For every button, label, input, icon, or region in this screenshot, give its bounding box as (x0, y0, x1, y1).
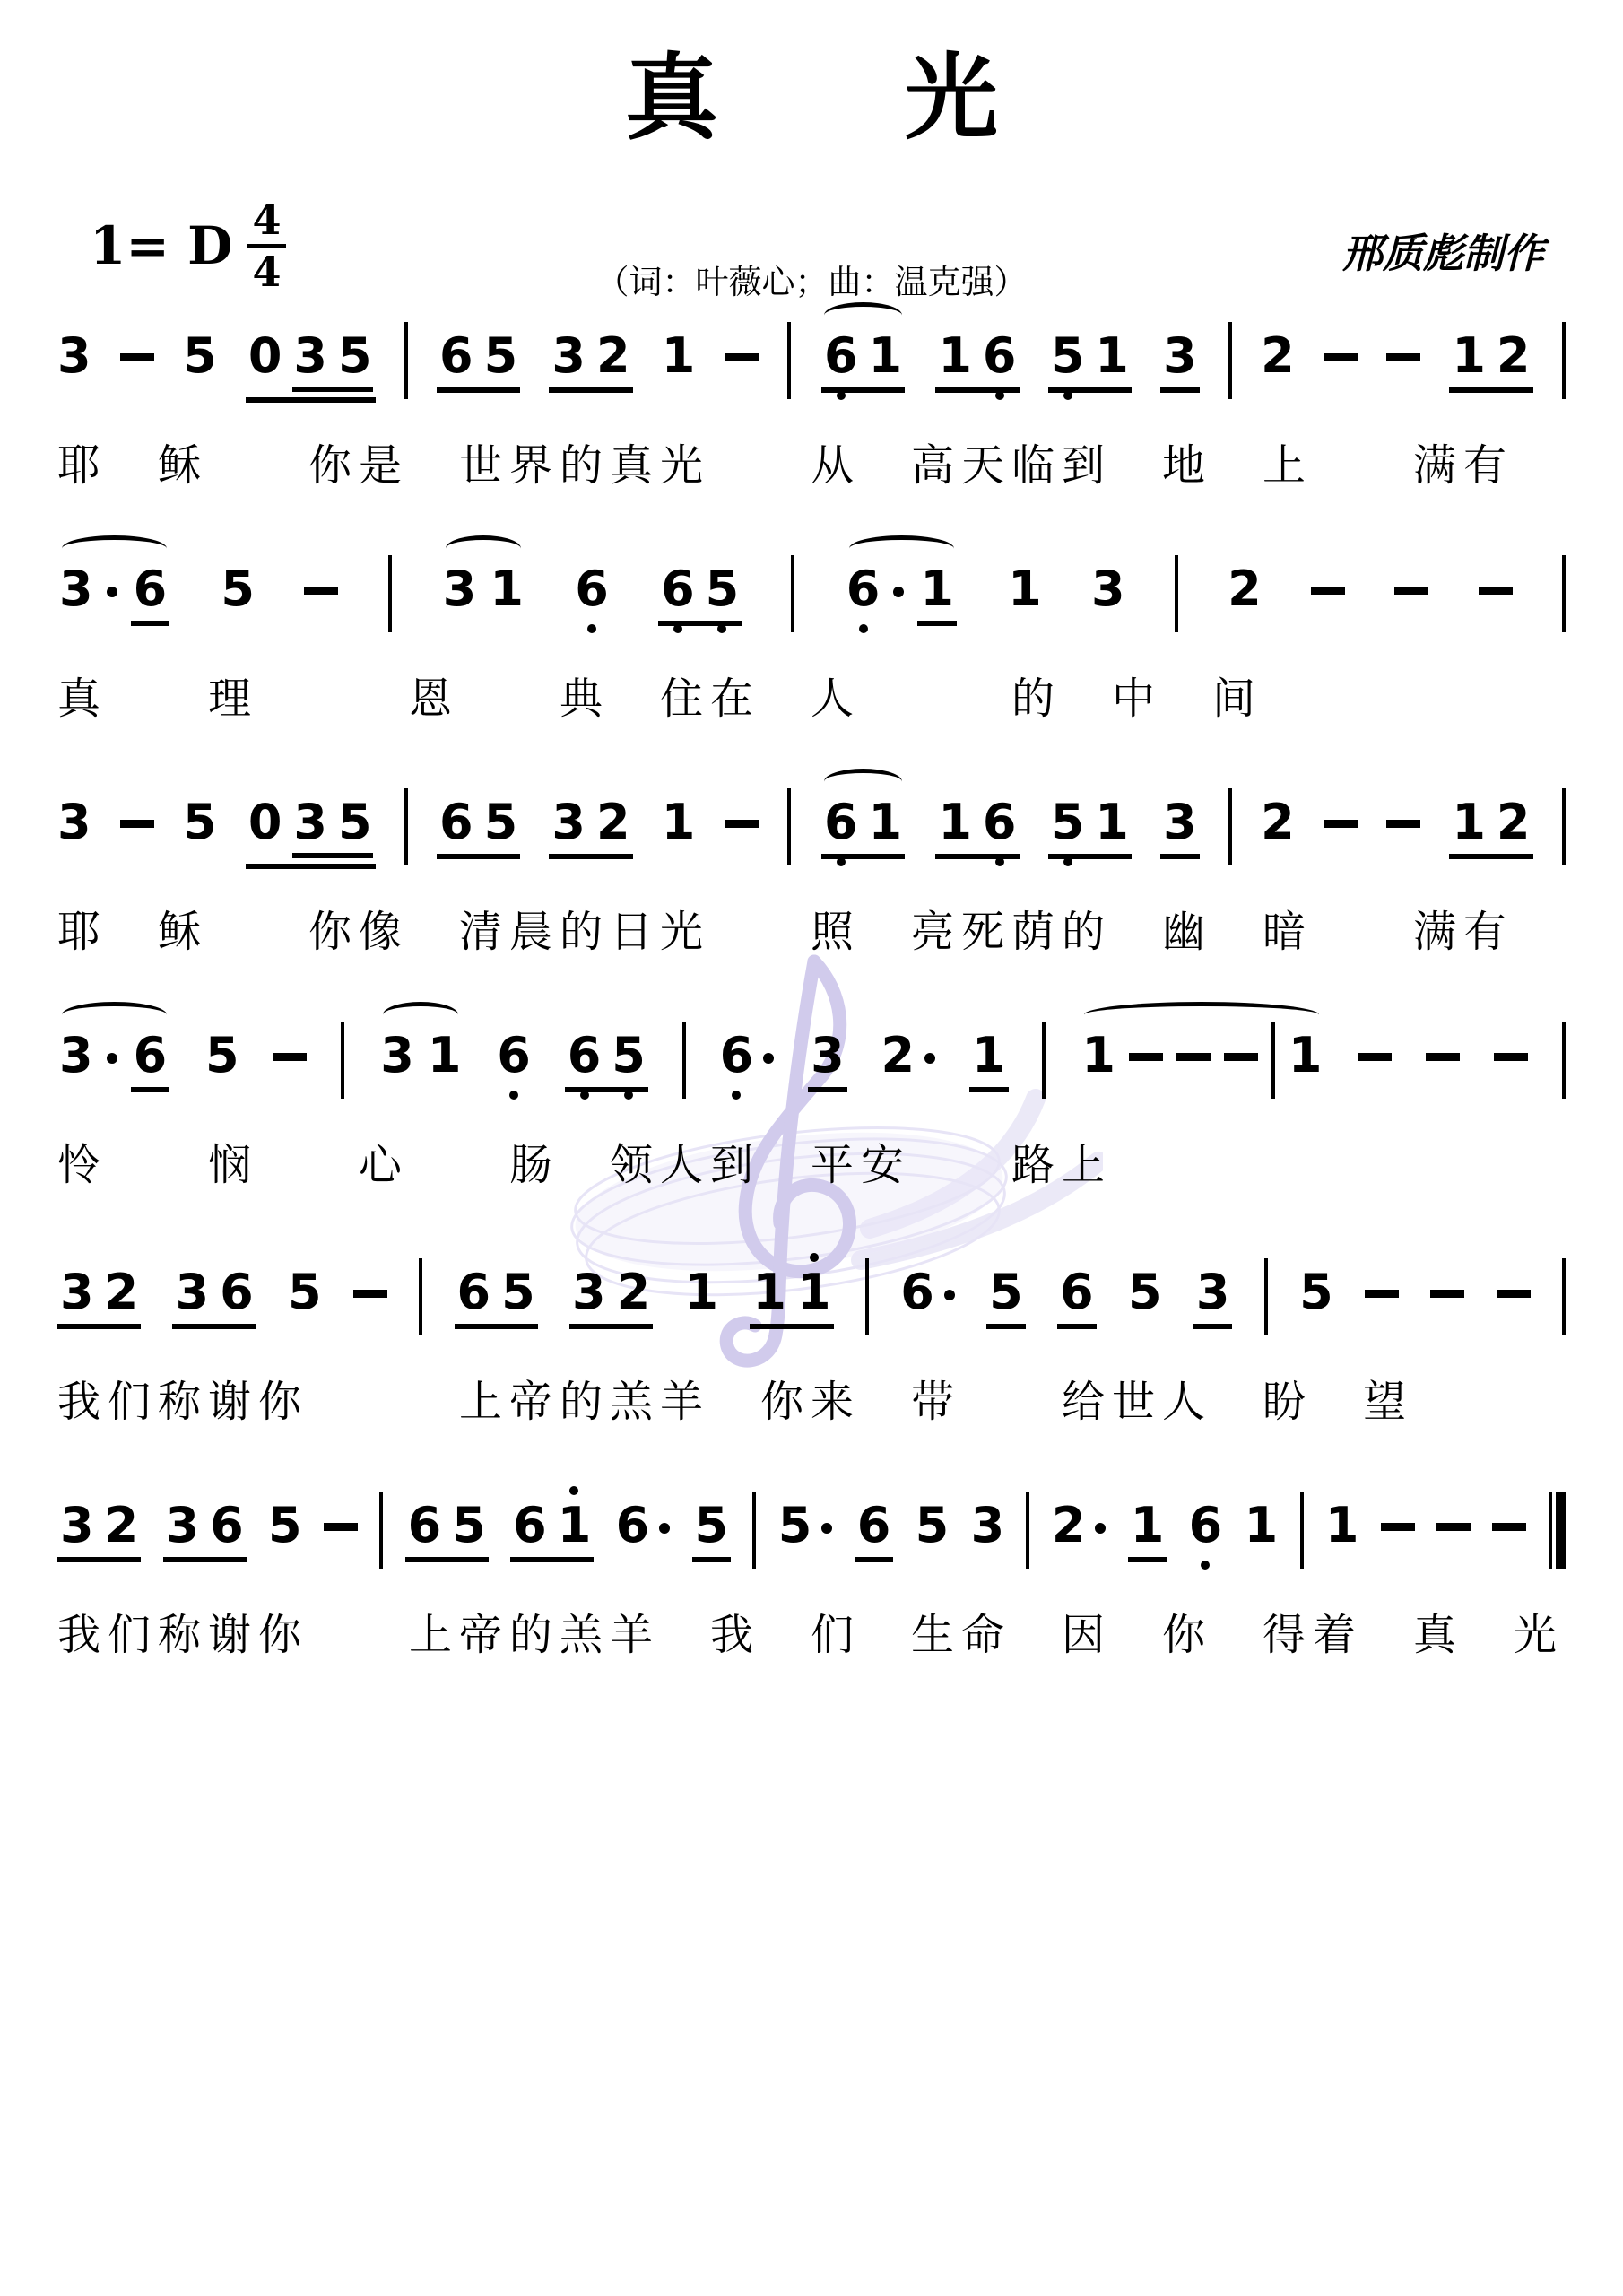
octave-dot-high (569, 1486, 578, 1495)
note: 6 (1189, 1500, 1223, 1552)
beam-group: 3 (1160, 330, 1200, 393)
note: 6 (220, 1266, 254, 1318)
beam-group: 3 (1193, 1266, 1233, 1329)
note: 1 (752, 1266, 786, 1318)
beam-group: 65 (405, 1500, 489, 1562)
barline (752, 1492, 756, 1569)
note: 1 (662, 330, 696, 382)
note: 3 (443, 563, 477, 615)
note: 6 (983, 330, 1017, 382)
note: 6 (134, 563, 168, 615)
dash (1436, 1523, 1471, 1531)
note: 6 (824, 330, 858, 382)
note: 2 (881, 1030, 916, 1082)
barline (1264, 1258, 1268, 1335)
note: 3 (293, 330, 327, 382)
note: 2 (1261, 330, 1295, 382)
duration-dot (893, 587, 904, 597)
note: 3 (60, 1266, 94, 1318)
beam-group: 6 (1057, 1266, 1097, 1329)
note: 6 (497, 1030, 531, 1082)
producer-credit: 邢质彪制作 (1342, 221, 1544, 279)
note: 5 (1299, 1266, 1333, 1318)
note: 6 (720, 1030, 754, 1082)
beam-group: 65 (437, 796, 520, 859)
note: 6 (616, 1500, 650, 1552)
note: 5 (484, 330, 518, 382)
octave-dot-low (1063, 857, 1072, 866)
note: 3 (551, 330, 586, 382)
note-group: 5 (778, 1500, 833, 1552)
dash (1426, 1053, 1460, 1061)
lyrics-row: 真 理 恩 典 住在 人 的 中 间 (57, 664, 1263, 726)
note: 5 (452, 1500, 486, 1552)
note: 5 (916, 1500, 950, 1552)
note: 2 (1497, 330, 1531, 382)
barline (787, 322, 791, 399)
dash (1311, 587, 1345, 595)
beam-group: 035 (246, 330, 376, 403)
lyrics-row: 耶 稣 你是 世界的真光 从 高天临到 地 上 满有 (57, 430, 1514, 492)
dash (1479, 587, 1513, 595)
notation-row: 3653166561132 (57, 563, 1566, 632)
octave-dot-low (509, 1091, 518, 1100)
octave-dot-low (673, 624, 682, 633)
beam-group: 3 (808, 1030, 847, 1092)
slur-group: 61 (820, 796, 907, 859)
note: 5 (484, 796, 518, 848)
song-title: 真 光 (0, 47, 1623, 149)
duration-dot (763, 1053, 774, 1064)
beam-group: 6 (131, 563, 170, 626)
barline (1562, 788, 1566, 865)
note: 1 (972, 1030, 1006, 1082)
note: 3 (60, 1500, 94, 1552)
duration-dot (1095, 1523, 1106, 1534)
slur-group: 61 (845, 563, 959, 626)
dash (1324, 820, 1358, 828)
barline (1300, 1492, 1304, 1569)
barline (1228, 322, 1232, 399)
music-line-5: 323656532111656535我们称谢你 上帝的羔羊 你来 带 给世人 盼… (57, 1266, 1566, 1335)
beam-group: 61 (510, 1500, 594, 1562)
lyrics-row: 我们称谢你 上帝的羔羊 我 们 生命 因 你 得着 真 光 (57, 1600, 1564, 1662)
note: 2 (1497, 796, 1531, 848)
note-group: 2 (1052, 1500, 1107, 1552)
note: 6 (439, 330, 473, 382)
note: 5 (989, 1266, 1023, 1318)
note: 3 (811, 1030, 845, 1082)
note: 6 (210, 1500, 244, 1552)
dash (1358, 1053, 1392, 1061)
barline (379, 1492, 383, 1569)
note: 3 (59, 563, 93, 615)
note-group: 6 (900, 1266, 955, 1318)
beam-group: 61 (821, 330, 905, 393)
note: 3 (1163, 330, 1197, 382)
note: 6 (513, 1500, 547, 1552)
slur-group: 31 (378, 1030, 463, 1082)
note: 1 (869, 330, 903, 382)
barline (1562, 322, 1566, 399)
beam-group: 65 (437, 330, 520, 393)
note-group: 2 (881, 1030, 936, 1082)
note: 6 (568, 1030, 602, 1082)
note: 5 (183, 796, 217, 848)
note: 2 (105, 1266, 139, 1318)
dash (120, 820, 154, 828)
octave-dot-high (810, 1253, 819, 1262)
note: 6 (408, 1500, 442, 1552)
note: 1 (1095, 796, 1129, 848)
note: 1 (1131, 1500, 1165, 1552)
note: 5 (706, 563, 740, 615)
dash (353, 1290, 387, 1298)
note: 5 (205, 1030, 239, 1082)
dash (1365, 1290, 1399, 1298)
octave-dot-low (837, 391, 846, 400)
beam-group: 5 (692, 1500, 732, 1562)
note: 2 (1052, 1500, 1086, 1552)
beam-group: 6 (131, 1030, 170, 1092)
duration-dot (107, 587, 117, 597)
dash (1224, 1053, 1258, 1061)
notation-row: 36531665632111 (57, 1030, 1566, 1099)
octave-dot-low (732, 1091, 741, 1100)
beam-group: 36 (172, 1266, 256, 1329)
octave-dot-low (580, 1091, 589, 1100)
note: 1 (920, 563, 954, 615)
beam-group: 1 (1128, 1500, 1167, 1562)
note: 3 (59, 1030, 93, 1082)
octave-dot-low (995, 391, 1004, 400)
note: 5 (338, 796, 372, 848)
note: 1 (797, 1266, 831, 1318)
note: 1 (1081, 1030, 1115, 1082)
beam-group: 32 (57, 1266, 141, 1329)
duration-dot (659, 1523, 670, 1534)
octave-dot-low (995, 857, 1004, 866)
music-line-4: 36531665632111怜 悯 心 肠 领人到 平安 路上 (57, 1030, 1566, 1099)
notation-row: 35035653216116513212 (57, 796, 1566, 869)
dash (1497, 1290, 1531, 1298)
beam-group: 32 (569, 1266, 653, 1329)
note: 3 (551, 796, 586, 848)
dash (273, 1053, 307, 1061)
note: 6 (575, 563, 609, 615)
barline (1026, 1492, 1029, 1569)
beam-group: 65 (455, 1266, 538, 1329)
notation-row: 32365656165565321611 (57, 1500, 1566, 1569)
note: 1 (1008, 563, 1042, 615)
barline (1228, 788, 1232, 865)
note: 6 (900, 1266, 934, 1318)
note: 1 (1325, 1500, 1359, 1552)
beam-group: 035 (246, 796, 376, 869)
note: 2 (617, 1266, 651, 1318)
music-line-1: 35035653216116513212耶 稣 你是 世界的真光 从 高天临到 … (57, 330, 1566, 403)
note: 1 (662, 796, 696, 848)
dash (725, 820, 759, 828)
beam-group: 16 (935, 796, 1019, 859)
duration-dot (924, 1053, 935, 1064)
beam-group: 1 (917, 563, 957, 626)
note: 5 (221, 563, 255, 615)
note: 2 (1261, 796, 1295, 848)
note: 5 (1128, 1266, 1162, 1318)
note: 3 (572, 1266, 606, 1318)
note: 3 (380, 1030, 414, 1082)
barline (388, 555, 392, 632)
barline (865, 1258, 869, 1335)
barline (1562, 1022, 1566, 1099)
octave-dot-low (717, 624, 726, 633)
note: 3 (57, 330, 91, 382)
note: 5 (268, 1500, 302, 1552)
slur-group: 31 (441, 563, 525, 615)
note: 6 (134, 1030, 168, 1082)
note: 1 (1245, 1500, 1279, 1552)
beam-group: 1 (969, 1030, 1009, 1092)
note: 6 (439, 796, 473, 848)
octave-dot-low (1063, 391, 1072, 400)
slur-group: 36 (57, 563, 171, 626)
dash (1492, 1523, 1526, 1531)
barline (404, 322, 408, 399)
note: 2 (105, 1500, 139, 1552)
note: 3 (1163, 796, 1197, 848)
note: 5 (288, 1266, 322, 1318)
dash (1386, 820, 1420, 828)
beam-group: 65 (658, 563, 742, 626)
beam-group: 32 (549, 796, 632, 859)
note: 6 (983, 796, 1017, 848)
slur-group: 61 (820, 330, 907, 393)
barline (404, 788, 408, 865)
note: 6 (857, 1500, 891, 1552)
sheet-music-page: 真 光 1= D 4 4 （词：叶薇心；曲：温克强） 邢质彪制作 3503565… (0, 0, 1623, 2296)
barline (1271, 1022, 1275, 1099)
dash (1381, 1523, 1415, 1531)
note: 5 (501, 1266, 535, 1318)
dash (120, 353, 154, 361)
beam-group: 61 (821, 796, 905, 859)
note: 0 (248, 796, 282, 848)
barline (419, 1258, 422, 1335)
beam-group: 65 (565, 1030, 648, 1092)
note-group: 6 (616, 1500, 671, 1552)
note: 1 (1452, 330, 1486, 382)
dash (1386, 353, 1420, 361)
octave-dot-low (837, 857, 846, 866)
barline (791, 555, 794, 632)
slur-group: 36 (57, 1030, 171, 1092)
note: 1 (1289, 1030, 1323, 1082)
beam-group: 3 (1160, 796, 1200, 859)
beam-group: 32 (57, 1500, 141, 1562)
notation-row: 35035653216116513212 (57, 330, 1566, 403)
note: 1 (869, 796, 903, 848)
dash (1324, 353, 1358, 361)
beam-group: 36 (163, 1500, 247, 1562)
octave-dot-low (859, 624, 868, 633)
beam-group: 6 (855, 1500, 894, 1562)
dash (1430, 1290, 1464, 1298)
octave-dot-low (587, 624, 596, 633)
slur-group: 11 (1080, 1030, 1324, 1099)
note: 6 (1060, 1266, 1094, 1318)
note: 5 (695, 1500, 729, 1552)
note: 5 (612, 1030, 646, 1082)
note: 2 (1228, 563, 1262, 615)
beam-group: 35 (292, 796, 372, 858)
note: 3 (293, 796, 327, 848)
lyrics-row: 怜 悯 心 肠 领人到 平安 路上 (57, 1130, 1112, 1192)
barline (1042, 1022, 1046, 1099)
dash (1494, 1053, 1528, 1061)
note: 3 (166, 1500, 200, 1552)
beam-group: 32 (549, 330, 632, 393)
notation-row: 323656532111656535 (57, 1266, 1566, 1335)
duration-dot (944, 1290, 955, 1300)
note: 3 (1091, 563, 1125, 615)
note: 5 (338, 330, 372, 382)
note: 5 (1051, 796, 1085, 848)
beam-group: 51 (1048, 330, 1132, 393)
barline (1562, 1258, 1566, 1335)
note: 3 (1196, 1266, 1230, 1318)
music-line-3: 35035653216116513212耶 稣 你像 清晨的日光 照 亮死荫的 … (57, 796, 1566, 869)
dash (324, 1523, 358, 1531)
dash (725, 353, 759, 361)
dash (1129, 1053, 1163, 1061)
note: 1 (685, 1266, 719, 1318)
duration-dot (107, 1053, 117, 1064)
note: 3 (57, 796, 91, 848)
note: 5 (1051, 330, 1085, 382)
beam-group: 16 (935, 330, 1019, 393)
note-group: 6 (720, 1030, 775, 1082)
barline (1175, 555, 1178, 632)
note: 1 (1095, 330, 1129, 382)
barline (1562, 555, 1566, 632)
note: 5 (778, 1500, 812, 1552)
note: 1 (1452, 796, 1486, 848)
dash (1176, 1053, 1211, 1061)
lyrics-row: 我们称谢你 上帝的羔羊 你来 带 给世人 盼 望 (57, 1367, 1413, 1429)
note: 6 (457, 1266, 491, 1318)
beam-group: 12 (1449, 796, 1532, 859)
music-line-6: 32365656165565321611我们称谢你 上帝的羔羊 我 们 生命 因… (57, 1500, 1566, 1569)
note: 3 (971, 1500, 1005, 1552)
dash (1394, 587, 1428, 595)
octave-dot-low (624, 1091, 633, 1100)
dash (304, 587, 338, 595)
note: 2 (596, 330, 630, 382)
duration-dot (821, 1523, 832, 1534)
beam-group: 11 (750, 1266, 833, 1329)
barline (341, 1022, 344, 1099)
note: 6 (846, 563, 881, 615)
note: 1 (938, 330, 972, 382)
beam-group: 51 (1048, 796, 1132, 859)
barline (682, 1022, 686, 1099)
music-line-2: 3653166561132真 理 恩 典 住在 人 的 中 间 (57, 563, 1566, 632)
note: 6 (824, 796, 858, 848)
note: 2 (596, 796, 630, 848)
note: 1 (428, 1030, 462, 1082)
note: 1 (490, 563, 524, 615)
note: 1 (938, 796, 972, 848)
note: 0 (248, 330, 282, 382)
note: 5 (183, 330, 217, 382)
octave-dot-low (1201, 1561, 1210, 1570)
lyrics-row: 耶 稣 你像 清晨的日光 照 亮死荫的 幽 暗 满有 (57, 897, 1514, 959)
barline (787, 788, 791, 865)
note: 6 (661, 563, 695, 615)
beam-group: 12 (1449, 330, 1532, 393)
time-numerator: 4 (247, 199, 286, 248)
note: 1 (558, 1500, 592, 1552)
beam-group: 5 (986, 1266, 1026, 1329)
note: 3 (175, 1266, 209, 1318)
beam-group: 35 (292, 330, 372, 392)
final-barline (1549, 1492, 1566, 1569)
